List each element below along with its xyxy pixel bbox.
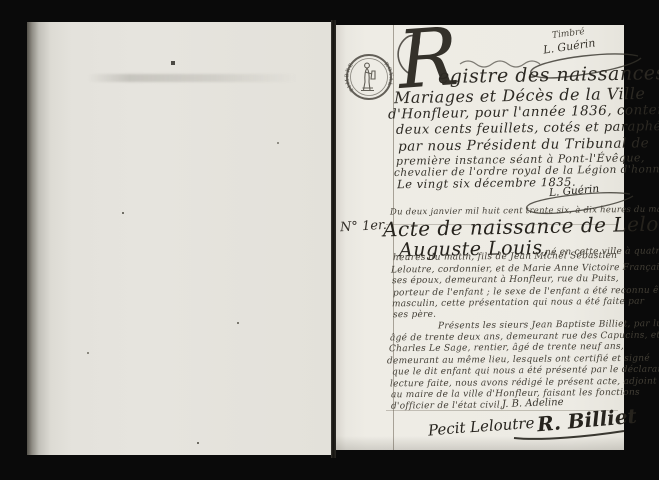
witness-signature-left: Pecit [427, 418, 466, 439]
acte-margin-number: N° 1er. [340, 218, 388, 235]
officiant-signature: J. B. Adeline [502, 397, 564, 410]
scanned-register-page: TIMBRE ROYAL Timbré L. Guérin R egistre … [0, 0, 659, 480]
svg-text:TIMBRE: TIMBRE [344, 62, 355, 93]
left-blank-page [27, 22, 332, 455]
acte-body-line: d'officier de l'état civil. [391, 400, 503, 412]
paper-specks [27, 22, 29, 24]
ink-bleed-ghost [87, 74, 297, 82]
stamp-rim-text-left: TIMBRE [344, 62, 355, 93]
timbre-royal-stamp-icon: TIMBRE ROYAL [344, 52, 394, 102]
acte-body-line: heures du matin, fils de Jean Michel Séb… [393, 251, 617, 264]
acte-body-line: ses père. [393, 309, 436, 320]
signature-underline-flourish [512, 426, 627, 442]
